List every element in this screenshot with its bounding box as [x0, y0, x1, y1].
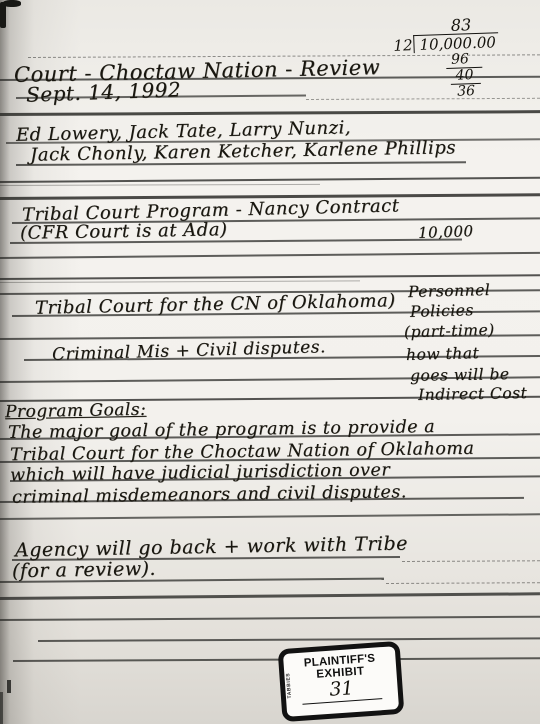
ruled-line — [13, 657, 540, 662]
ruled-line — [0, 184, 320, 186]
scan-speck — [7, 680, 11, 693]
ruled-line — [0, 110, 540, 116]
goals-line-2: Tribal Court for the Choctaw Nation of O… — [10, 439, 475, 465]
ruled-line — [0, 616, 540, 621]
ruled-line — [386, 582, 540, 584]
division-step-3: 36 — [451, 83, 482, 100]
division-step-1: 96 — [440, 52, 480, 68]
division-divisor: 12 — [393, 36, 414, 55]
notebook-page: 83 12 10,000.00 96 40 36 Court - Choctaw… — [0, 0, 540, 724]
ruled-line — [0, 513, 540, 520]
ruled-line — [402, 560, 540, 562]
ruled-line — [0, 592, 540, 600]
scan-speck — [0, 2, 6, 28]
ruled-line — [0, 252, 540, 259]
division-step-2: 40 — [446, 67, 483, 84]
margin-note-line-3: (part-time) — [404, 321, 495, 341]
court-line-1: Tribal Court for the CN of Oklahoma) — [35, 290, 396, 319]
division-dividend: 10,000.00 — [413, 32, 499, 53]
program-line-2: (CFR Court is at Ada) — [20, 219, 228, 244]
exhibit-number-underline: 31 — [301, 676, 383, 705]
margin-note-line-4: how that — [406, 344, 480, 364]
exhibit-sticker: TABBIES PLAINTIFF'S EXHIBIT 31 — [278, 641, 405, 722]
program-amount: 10,000 — [418, 222, 474, 242]
exhibit-number: 31 — [329, 677, 355, 701]
page-date: Sept. 14, 1992 — [26, 77, 182, 106]
court-line-2: Criminal Mis + Civil disputes. — [52, 337, 326, 365]
long-division: 83 12 10,000.00 96 40 36 — [393, 16, 501, 102]
goals-heading: Program Goals: — [5, 400, 147, 422]
ruled-line — [0, 274, 540, 280]
margin-note-line-2: Policies — [410, 301, 474, 321]
goals-line-4: criminal misdemeanors and civil disputes… — [12, 482, 407, 508]
margin-note-line-5: goes will be — [410, 365, 510, 385]
ruled-line — [0, 280, 360, 283]
agency-line-2: (for a review). — [12, 558, 156, 583]
ruled-line — [0, 177, 540, 183]
margin-note-line-1: Personnel — [408, 281, 491, 301]
ruled-line — [38, 637, 540, 642]
goals-line-3: which will have judicial jurisdiction ov… — [10, 460, 390, 485]
division-quotient: 83 — [451, 16, 499, 34]
margin-note-line-6: Indirect Cost — [418, 384, 528, 404]
scan-speck — [0, 692, 3, 724]
